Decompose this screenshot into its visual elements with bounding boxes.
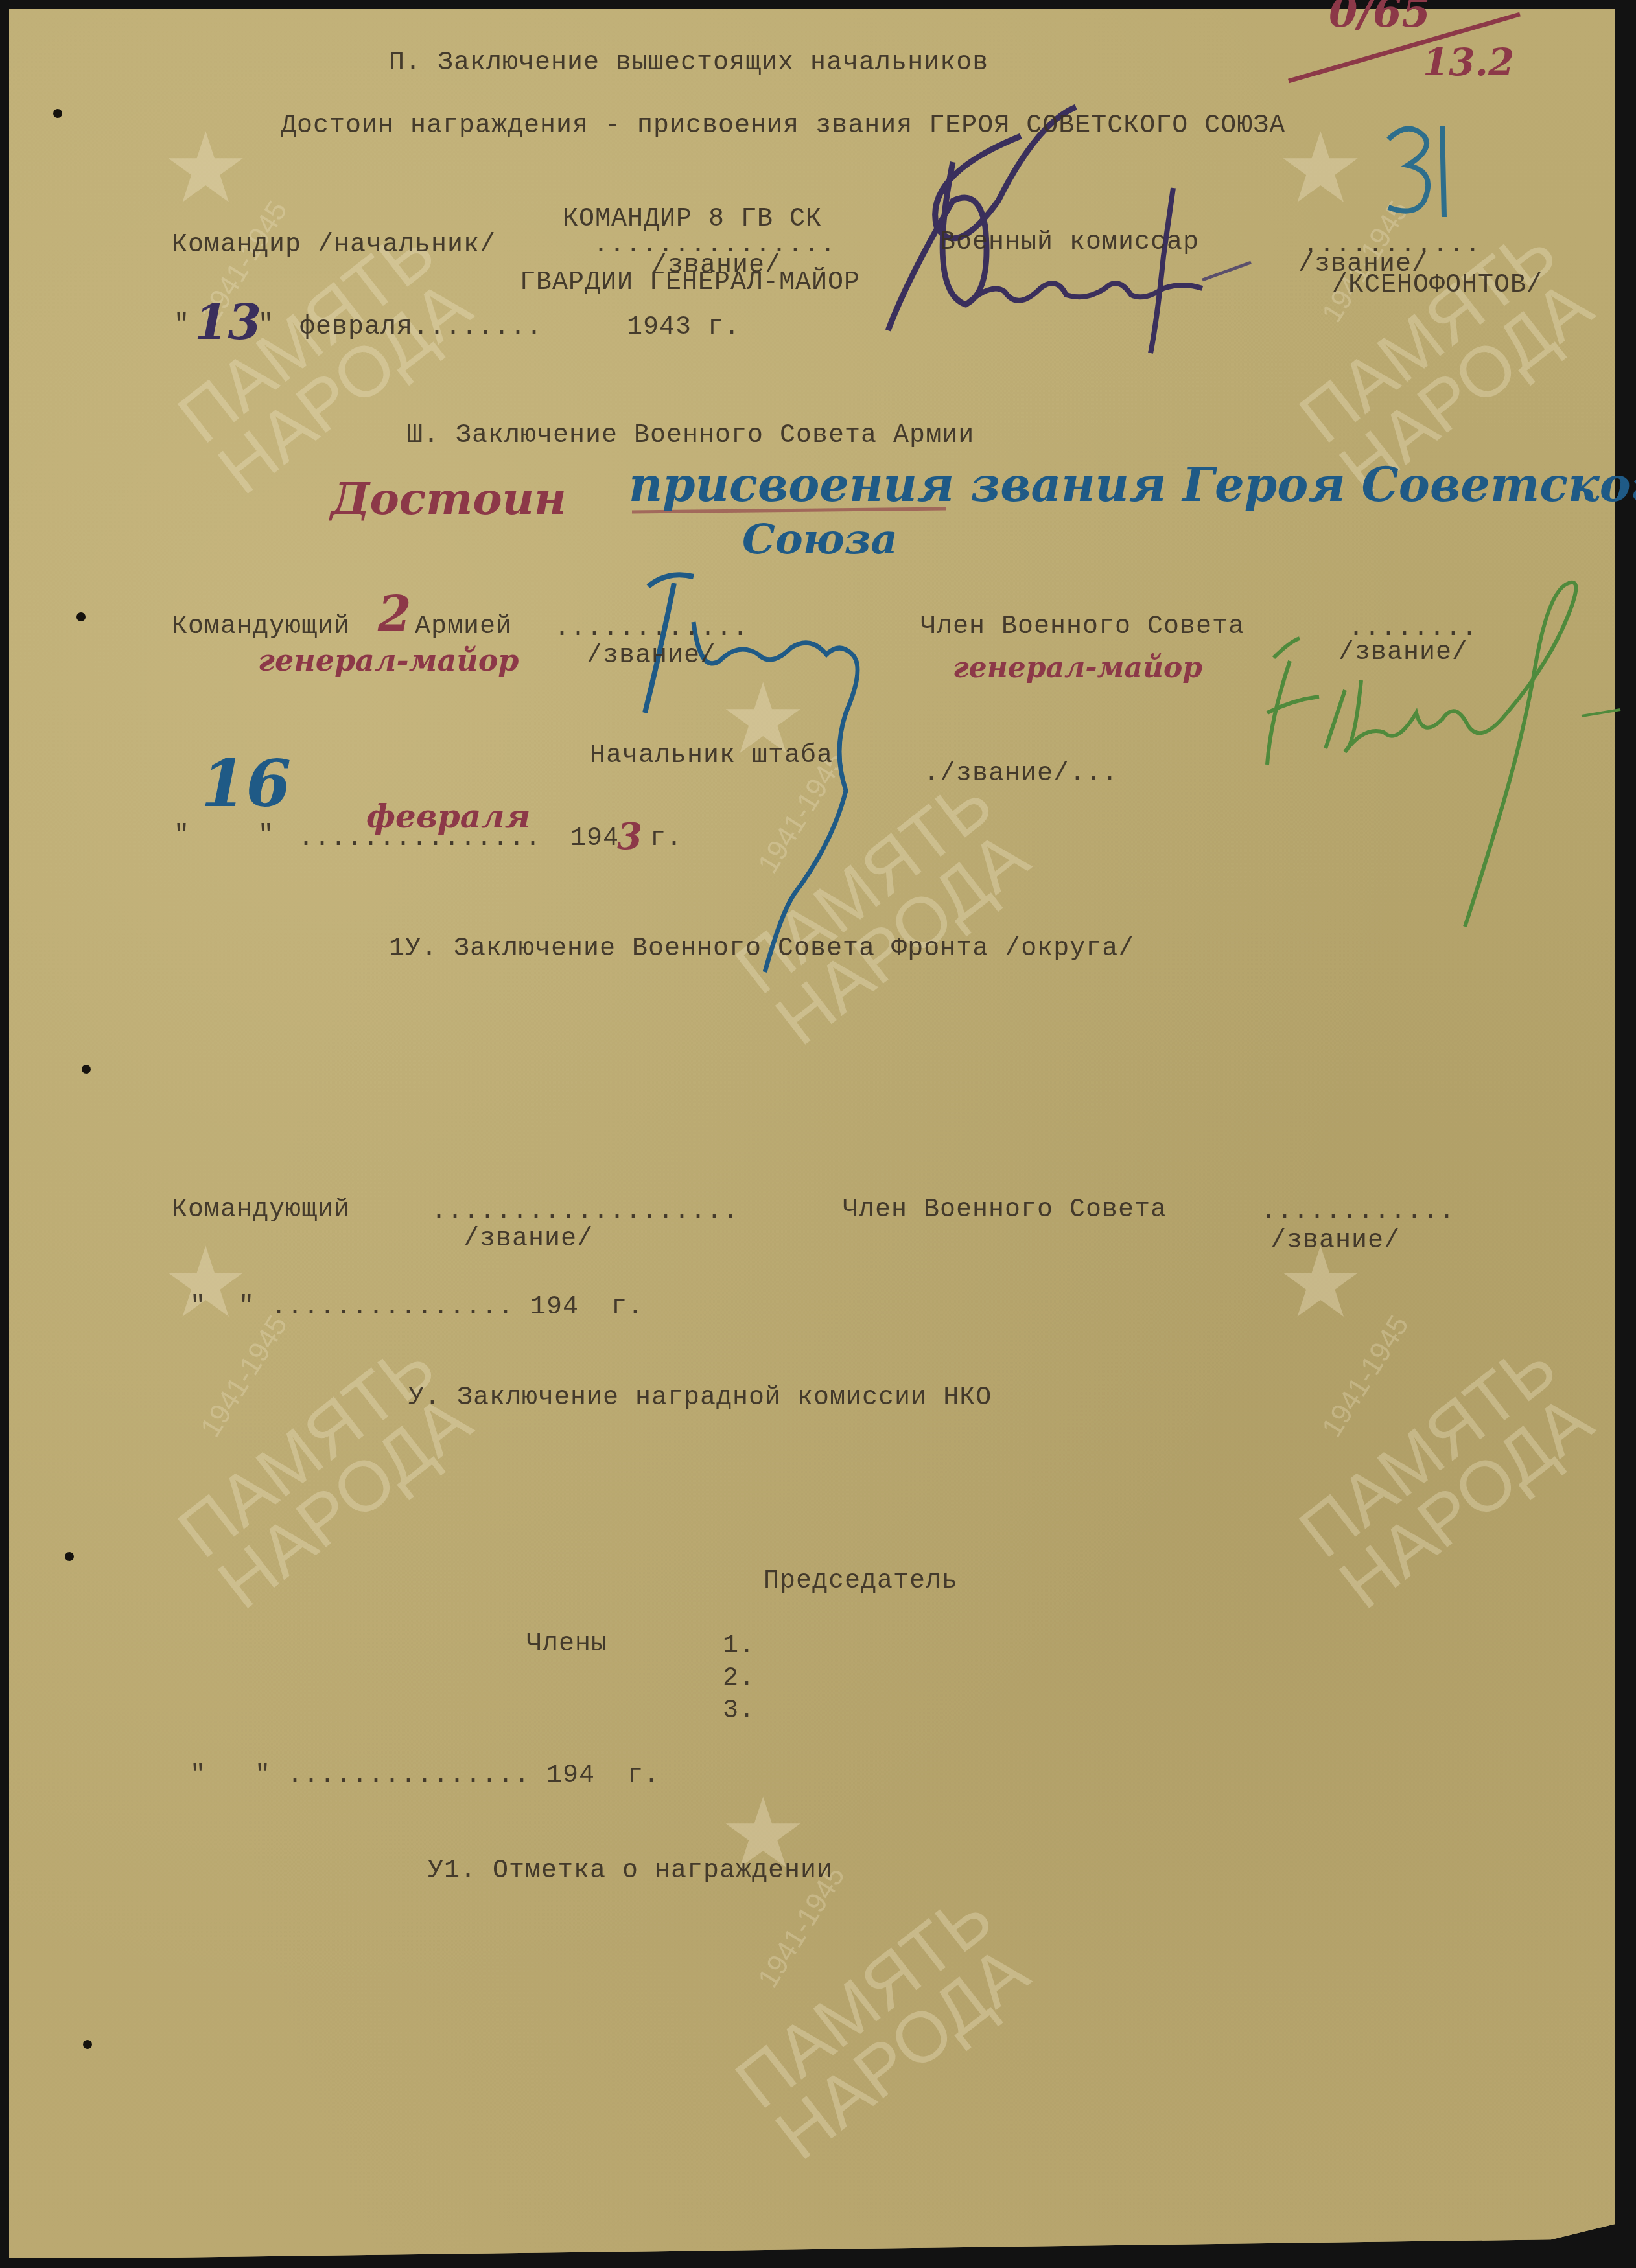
section-4-commander-rank-label: /звание/ [463, 1225, 593, 1254]
section-5-member-3: 3. [723, 1696, 755, 1726]
section-3-date-year-suffix: г. [634, 824, 683, 853]
section-4-date-line: " " ............... 194 г. [190, 1293, 644, 1322]
section-5-member-1: 1. [723, 1632, 755, 1661]
section-3-army-rank: генерал-майор [258, 643, 519, 678]
section-2-date-quote-open: " [174, 311, 190, 340]
section-2-commander-label: Командир /начальник/ [172, 231, 496, 260]
section-4-council-member-rank-label: /звание/ [1270, 1227, 1400, 1256]
section-2-commander-name: /КСЕНОФОНТОВ/ [1332, 271, 1543, 300]
section-3-date-quote-open: " [174, 822, 190, 851]
section-5-date-line: " " ............... 194 г. [190, 1761, 660, 1790]
section-3-chief-of-staff-label: Начальник штаба [590, 741, 833, 770]
section-2-date-day: 13 [194, 295, 261, 351]
section-3-verdict-blue-line2: Союза [742, 515, 898, 564]
section-5-member-2: 2. [723, 1664, 755, 1693]
section-3-council-member-label: Член Военного Совета [920, 612, 1245, 642]
section-3-date-year-prefix: 194 [570, 824, 619, 853]
section-4-commander-dots: ................... [431, 1198, 739, 1227]
section-6-heading: У1. Отметка о награждении [428, 1857, 833, 1886]
section-2-commissar-label: Военный комиссар [940, 228, 1199, 257]
section-2-heading: П. Заключение вышестоящих начальников [389, 49, 988, 78]
section-5-heading: У. Заключение наградной комиссии НКО [408, 1383, 992, 1413]
section-4-heading: 1У. Заключение Военного Совета Фронта /о… [389, 934, 1134, 964]
section-2-date-month: февраля........ [299, 313, 543, 342]
section-3-army-label: Армией [415, 612, 512, 642]
section-3-verdict-blue: присвоения звания Героя Советского [629, 457, 1636, 512]
section-4-commander-label: Командующий [172, 1196, 350, 1225]
section-3-date-month: февраля [366, 797, 531, 835]
section-3-verdict-red: Достоин [331, 473, 567, 525]
section-5-members-label: Члены [526, 1630, 607, 1659]
section-3-chief-of-staff-rank: ./звание/... [924, 759, 1118, 789]
section-3-army-commander-label: Командующий [172, 612, 350, 642]
section-2-date-quote-close: " [258, 311, 274, 340]
section-3-council-member-rank: генерал-майор [953, 651, 1202, 684]
section-4-council-member-dots: ............ [1261, 1198, 1455, 1227]
section-3-council-member-rank-label: /звание/ [1338, 638, 1468, 667]
section-2-date-year: 1943 г. [627, 313, 740, 342]
section-3-army-number: 2 [378, 586, 412, 642]
section-4-council-member-label: Член Военного Совета [843, 1196, 1167, 1225]
section-2-commander-title: КОМАНДИР 8 ГВ СК [563, 205, 822, 234]
section-2-verdict: Достоин награждения - присвоения звания … [281, 111, 1285, 141]
section-5-chairman-label: Председатель [764, 1567, 958, 1596]
section-3-date-day: 16 [201, 745, 291, 822]
section-3-heading: Ш. Заключение Военного Совета Армии [407, 421, 974, 450]
section-3-date-quote-close: " [258, 822, 274, 851]
section-2-commander-rank: ГВАРДИИ ГЕНЕРАЛ-МАЙОР [520, 268, 860, 297]
